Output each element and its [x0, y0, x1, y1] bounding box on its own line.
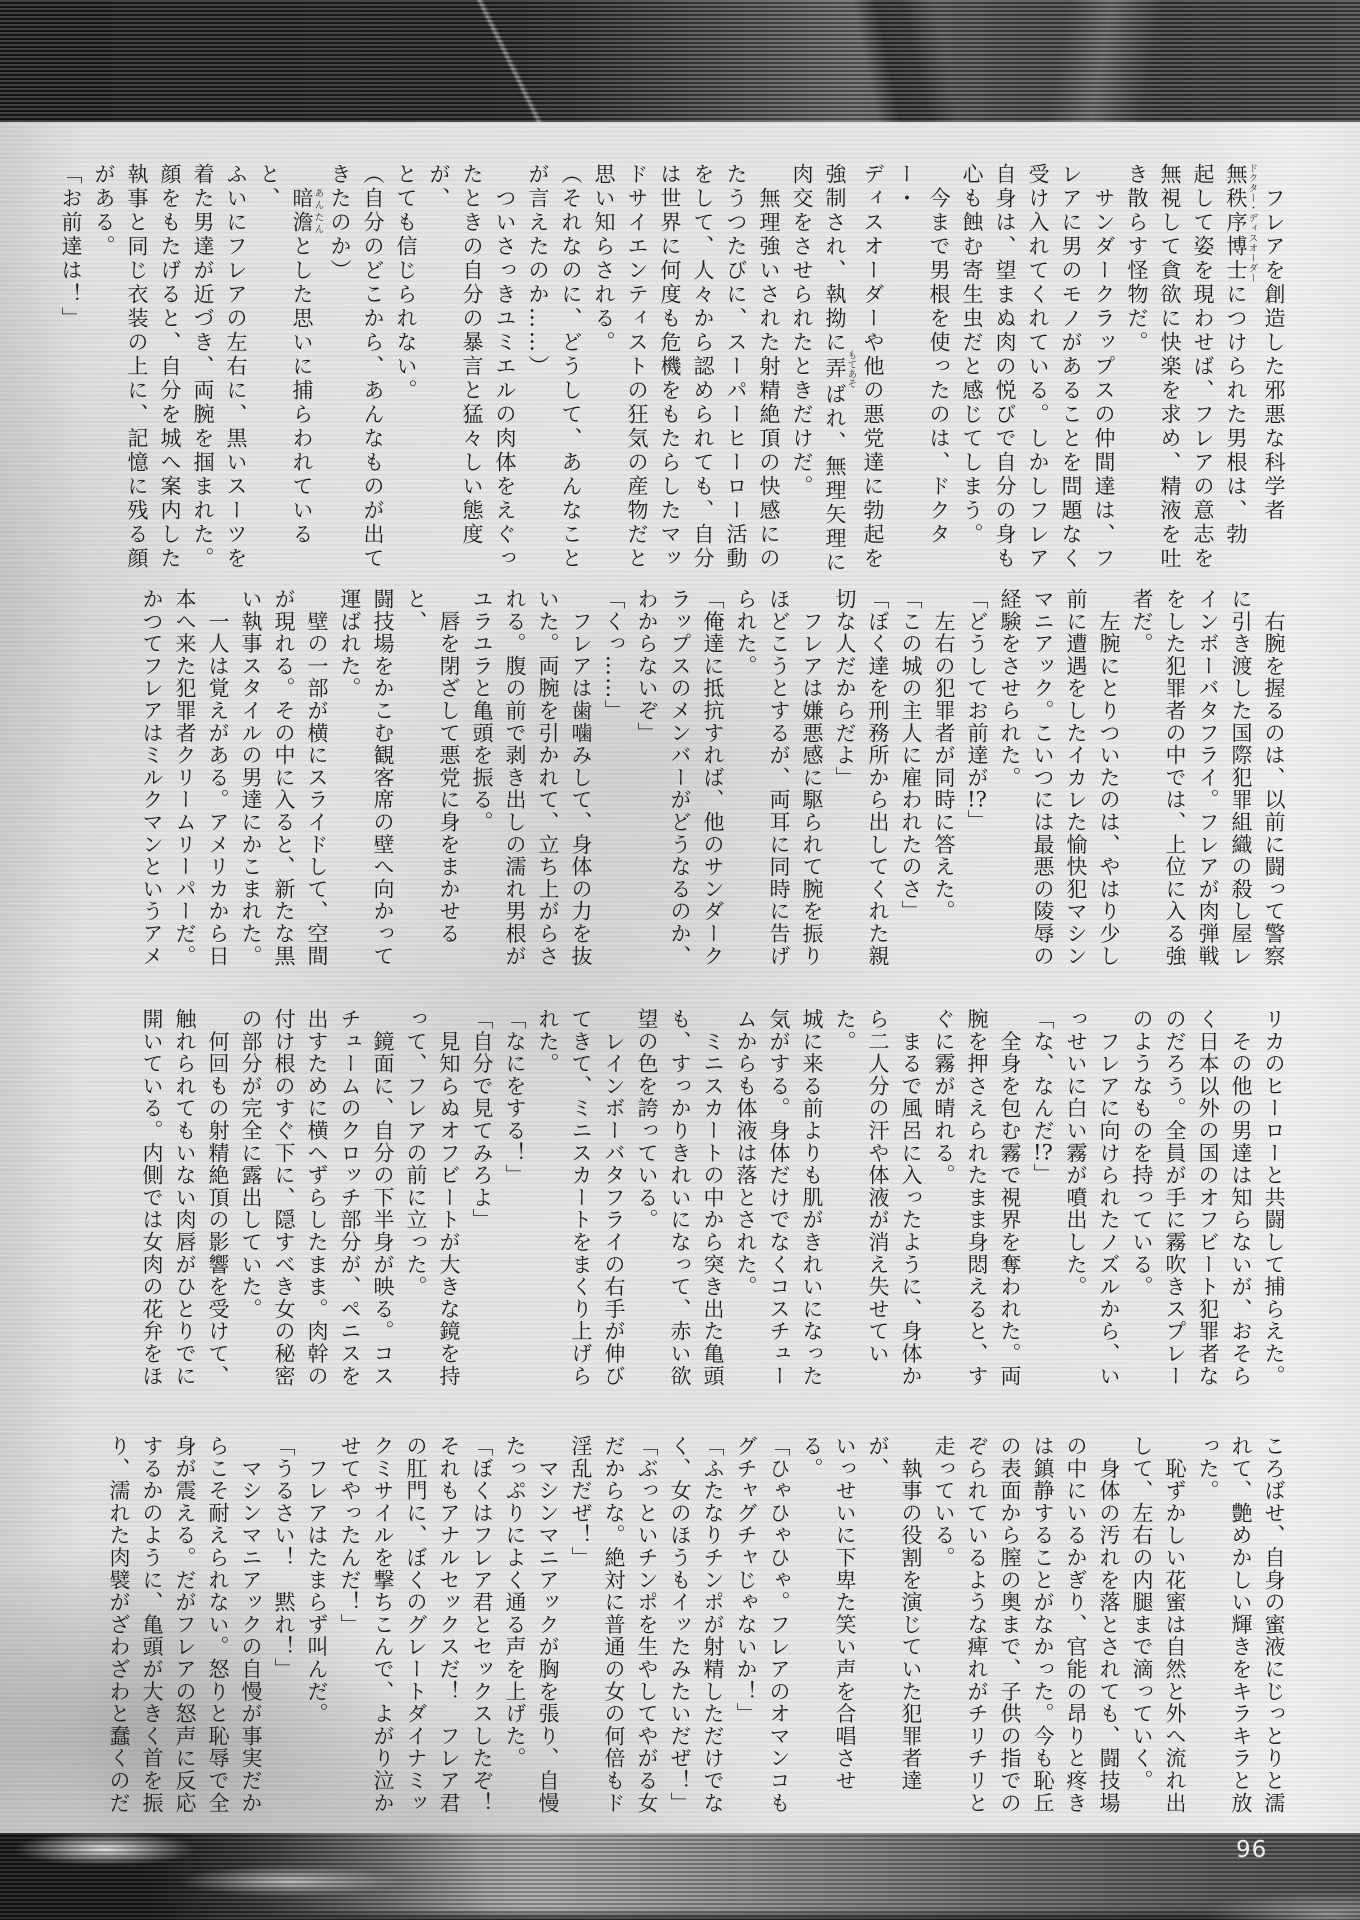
text-line: （自分のどこから、あんなものが出て — [356, 163, 389, 577]
text-line: 「くっ……」 — [597, 588, 630, 969]
text-line: は鎮静することがなかった。今も恥丘 — [1026, 1435, 1059, 1816]
text-line: れる。腹の前で剥き出しの濡れ男根が — [498, 588, 531, 969]
text-line: 経験をさせられた。 — [993, 588, 1026, 969]
text-line: てきて、ミニスカートをまくり上げら — [564, 1008, 597, 1389]
text-line: 右腕を握るのは、以前に闘って警察 — [1257, 588, 1290, 969]
text-line: も、すっかりきれいになって、赤い欲 — [663, 1008, 696, 1389]
text-line: 起して姿を現わせば、フレアの意志を — [1186, 163, 1219, 577]
text-line: 身が震える。だがフレアの怒声に反応 — [168, 1435, 201, 1816]
text-line: 鏡面に、自分の下半身が映る。コス — [366, 1008, 399, 1389]
text-line: が言えたのか……） — [521, 163, 554, 577]
text-line: 「この城の主人に雇われたのさ」 — [894, 588, 927, 969]
text-line: 「お前達は！」 — [54, 163, 87, 577]
text-line: 何回もの射精絶頂の影響を受けて、 — [201, 1008, 234, 1389]
text-line: まるで風呂に入ったように、身体か — [894, 1008, 927, 1389]
text-line: （それなのに、どうして、あんなこと — [554, 163, 587, 577]
text-line: リカのヒーローと共闘して捕らえた。 — [1257, 1008, 1290, 1389]
text-line: フレアは歯噛みして、身体の力を抜 — [564, 588, 597, 969]
text-line: 者だ。 — [1125, 588, 1158, 969]
text-line: く日本以外の国のオフビート犯罪者な — [1191, 1008, 1224, 1389]
text-line: 「ぼくはフレア君とセックスしたぞ！ — [465, 1435, 498, 1816]
text-line: ふいにフレアの左右に、黒いスーツを — [219, 163, 252, 577]
text-line: 顔をもたげると、自分を城へ案内した — [153, 163, 186, 577]
text-line: ほどこうとするが、両耳に同時に告げ — [762, 588, 795, 969]
text-line: 左右の犯罪者が同時に答えた。 — [927, 588, 960, 969]
text-line: 「どうしてお前達が!?」 — [960, 588, 993, 969]
text-line: グチャグチャじゃないか！」 — [729, 1435, 762, 1816]
text-row-2: 右腕を握るのは、以前に闘って警察に引き渡した国際犯罪組織の殺し屋レインボーバタフ… — [135, 588, 1290, 969]
text-line: レインボーバタフライの右手が伸び — [597, 1008, 630, 1389]
text-line: わからないぞ」 — [630, 588, 663, 969]
text-line: 無視して貪欲に快楽を求め、精液を吐 — [1153, 163, 1186, 577]
text-line: クミサイルを撃ちこんで、よがり泣か — [366, 1435, 399, 1816]
text-line: 「うるさい！ 黙れ！」 — [267, 1435, 300, 1816]
text-line: 見知らぬオフビートが大きな鏡を持 — [432, 1008, 465, 1389]
text-line: って、フレアの前に立った。 — [399, 1008, 432, 1389]
text-line: に引き渡した国際犯罪組織の殺し屋レ — [1224, 588, 1257, 969]
text-line: 開いている。内側では女肉の花弁をほ — [135, 1008, 168, 1389]
text-line: その他の男達は知らないが、おそら — [1224, 1008, 1257, 1389]
text-line: 無理強いされた射精絶頂の快感にの — [752, 163, 785, 577]
text-line: く、女のほうもイッたみたいだぜ！」 — [663, 1435, 696, 1816]
text-line: マシンマニアックが胸を張り、自慢 — [531, 1435, 564, 1816]
page-number: 96 — [1236, 1837, 1267, 1863]
text-line: ユラユラと亀頭を振る。 — [465, 588, 498, 969]
text-line: き散らす怪物だ。 — [1120, 163, 1153, 577]
text-line: チュームのクロッチ部分が、ペニスを — [333, 1008, 366, 1389]
text-line: らこそ耐えられない。怒りと恥辱で全 — [201, 1435, 234, 1816]
text-line: 運ばれた。 — [333, 588, 366, 969]
text-line: だからな。絶対に普通の女の何倍もド — [597, 1435, 630, 1816]
text-line: 自身は、望まぬ肉の悦びで自分の身も — [988, 163, 1021, 577]
text-line: 唇を閉ざして悪党に身をまかせると、 — [399, 588, 465, 969]
text-line: せてやったんだ！」 — [333, 1435, 366, 1816]
text-line: 受け入れてくれている。しかしフレア — [1021, 163, 1054, 577]
text-line: 「なにをする！」 — [498, 1008, 531, 1389]
text-line: 「な、なんだ!?」 — [1026, 1008, 1059, 1389]
text-line: たっぷりによく通る声を上げた。 — [498, 1435, 531, 1816]
text-line: 触れられてもいない肉唇がひとりでに — [168, 1008, 201, 1389]
text-line: れて、艶めかしい輝きをキラキラと放 — [1224, 1435, 1257, 1816]
text-line: して、左右の内腿まで滴っていく。 — [1125, 1435, 1158, 1816]
text-line: たときの自分の暴言と猛々しい態度が、 — [422, 163, 488, 577]
text-line: 「ぼく達を刑務所から出してくれた親 — [861, 588, 894, 969]
text-line: フレアはたまらず叫んだ。 — [300, 1435, 333, 1816]
text-line: 淫乱だぜ！」 — [564, 1435, 597, 1816]
text-line: たうつたびに、スーパーヒーロー活動 — [719, 163, 752, 577]
text-line: をして、人々から認められても、自分 — [686, 163, 719, 577]
text-line: ラップスのメンバーがどうなるのか、 — [663, 588, 696, 969]
text-line: 出すために横へずらしたまま。肉幹の — [300, 1008, 333, 1389]
text-line: 肉交をさせられたときだけだ。 — [785, 163, 818, 577]
text-line: 恥ずかしい花蜜は自然と外へ流れ出 — [1158, 1435, 1191, 1816]
text-row-1: フレアを創造した邪悪な科学者無秩序博士ドクター・ディスオーダーにつけられた男根は… — [54, 163, 1290, 577]
text-line: 「ひゃひゃひゃ。フレアのオマンコも — [762, 1435, 795, 1816]
text-line: 思い知らされる。 — [587, 163, 620, 577]
text-line: フレアは嫌悪感に駆られて腕を振り — [795, 588, 828, 969]
text-line: が現れる。その中に入ると、新たな黒 — [267, 588, 300, 969]
text-line: 着た男達が近づき、両腕を掴まれた。 — [186, 163, 219, 577]
text-line: 「俺達に抵抗すれば、他のサンダーク — [696, 588, 729, 969]
text-line: それもアナルセックスだ！ フレア君 — [432, 1435, 465, 1816]
text-line: の部分が完全に露出していた。 — [234, 1008, 267, 1389]
text-line: ミニスカートの中から突き出た亀頭 — [696, 1008, 729, 1389]
text-line: 身体の汚れを落とされても、闘技場 — [1092, 1435, 1125, 1816]
text-line: 「ふたなりチンポが射精しただけでな — [696, 1435, 729, 1816]
text-line: マシンマニアックの自慢が事実だか — [234, 1435, 267, 1816]
text-line: 気がする。身体だけでなくコスチュー — [762, 1008, 795, 1389]
text-line: のようなものを持っている。 — [1125, 1008, 1158, 1389]
text-line: 前に遭遇をしたイカレた愉快犯マシン — [1059, 588, 1092, 969]
text-line: 走っている。 — [927, 1435, 960, 1816]
text-line: った。 — [1191, 1435, 1224, 1816]
photo-band-top — [0, 0, 1360, 122]
text-line: のだろう。全員が手に霧吹きスプレー — [1158, 1008, 1191, 1389]
text-line: フレアに向けられたノズルから、い — [1092, 1008, 1125, 1389]
text-line: サンダークラップスの仲間達は、フ — [1087, 163, 1120, 577]
text-line: ら二人分の汗や体液が消え失せていた。 — [828, 1008, 894, 1389]
text-row-3: リカのヒーローと共闘して捕らえた。 その他の男達は知らないが、おそらく日本以外の… — [135, 1008, 1290, 1389]
text-line: ムからも体液は落とされた。 — [729, 1008, 762, 1389]
text-line: きたのか） — [323, 163, 356, 577]
text-line: ころばせ、自身の蜜液にじっとりと濡 — [1257, 1435, 1290, 1816]
text-line: 本へ来た犯罪者クリームリーパーだ。 — [168, 588, 201, 969]
novel-page: フレアを創造した邪悪な科学者無秩序博士ドクター・ディスオーダーにつけられた男根は… — [0, 0, 1360, 1920]
text-line: 暗澹あんたんとした思いに捕らわれていると、 — [252, 163, 323, 577]
text-line: 無秩序博士ドクター・ディスオーダーにつけられた男根は、勃 — [1219, 163, 1257, 577]
text-line: 心も蝕む寄生虫だと感じてしまう。 — [955, 163, 988, 577]
text-line: の肛門に、ぼくのグレートダイナミッ — [399, 1435, 432, 1816]
text-line: の表面から膣の奥まで、子供の指での — [993, 1435, 1026, 1816]
text-line: とても信じられない。 — [389, 163, 422, 577]
text-line: っせいに白い霧が噴出した。 — [1059, 1008, 1092, 1389]
text-line: い執事スタイルの男達にかこまれた。 — [234, 588, 267, 969]
text-line: ディスオーダーや他の悪党達に勃起を — [856, 163, 889, 577]
text-line: 腕を押さえられたまま身悶えると、す — [960, 1008, 993, 1389]
text-line: がある。 — [87, 163, 120, 577]
photo-band-bottom: 96 — [0, 1833, 1360, 1920]
text-line: 今まで男根を使ったのは、ドクター・ — [889, 163, 955, 577]
text-line: いっせいに下卑た笑い声を合唱させる。 — [795, 1435, 861, 1816]
text-line: フレアを創造した邪悪な科学者 — [1257, 163, 1290, 577]
text-line: 望の色を誇っている。 — [630, 1008, 663, 1389]
text-line: するかのように、亀頭が大きく首を振 — [135, 1435, 168, 1816]
text-line: 切な人だからだよ」 — [828, 588, 861, 969]
text-line: れた。 — [531, 1008, 564, 1389]
text-line: 強制され、執拗に弄もてあそばれ、無理矢理に — [818, 163, 856, 577]
text-line: の中にいるかぎり、官能の昂りと疼き — [1059, 1435, 1092, 1816]
text-line: かつてフレアはミルクマンというアメ — [135, 588, 168, 969]
text-line: ぐに霧が晴れる。 — [927, 1008, 960, 1389]
text-line: 執事の役割を演じていた犯罪者達が、 — [861, 1435, 927, 1816]
text-line: 壁の一部が横にスライドして、空間 — [300, 588, 333, 969]
text-line: 城に来る前よりも肌がきれいになった — [795, 1008, 828, 1389]
text-line: 一人は覚えがある。アメリカから日 — [201, 588, 234, 969]
text-line: ついさっきユミエルの肉体をえぐっ — [488, 163, 521, 577]
text-line: は世界に何度も危機をもたらしたマッ — [653, 163, 686, 577]
text-line: 「自分で見てみろよ」 — [465, 1008, 498, 1389]
text-line: 全身を包む霧で視界を奪われた。両 — [993, 1008, 1026, 1389]
text-line: レアに男のモノがあることを問題なく — [1054, 163, 1087, 577]
text-line: 「ぶっといチンポを生やしてやがる女 — [630, 1435, 663, 1816]
text-line: いた。両腕を引かれて、立ち上がらさ — [531, 588, 564, 969]
text-line: 執事と同じ衣装の上に、記憶に残る顔 — [120, 163, 153, 577]
text-line: インボーバタフライ。フレアが肉弾戦 — [1191, 588, 1224, 969]
text-row-4: ころばせ、自身の蜜液にじっとりと濡れて、艶めかしい輝きをキラキラと放った。 恥ず… — [102, 1435, 1290, 1816]
text-line: 闘技場をかこむ観客席の壁へ向かって — [366, 588, 399, 969]
text-line: 左腕にとりついたのは、やはり少し — [1092, 588, 1125, 969]
text-line: マニアック。こいつには最悪の陵辱の — [1026, 588, 1059, 969]
text-line: ドサイエンティストの狂気の産物だと — [620, 163, 653, 577]
text-line: り、濡れた肉襞がざわざわと蠢くのだ — [102, 1435, 135, 1816]
text-line: られた。 — [729, 588, 762, 969]
text-line: をした犯罪者の中では、上位に入る強 — [1158, 588, 1191, 969]
text-line: 付け根のすぐ下に、隠すべき女の秘密 — [267, 1008, 300, 1389]
text-line: ぞられているような痺れがチリチリと — [960, 1435, 993, 1816]
